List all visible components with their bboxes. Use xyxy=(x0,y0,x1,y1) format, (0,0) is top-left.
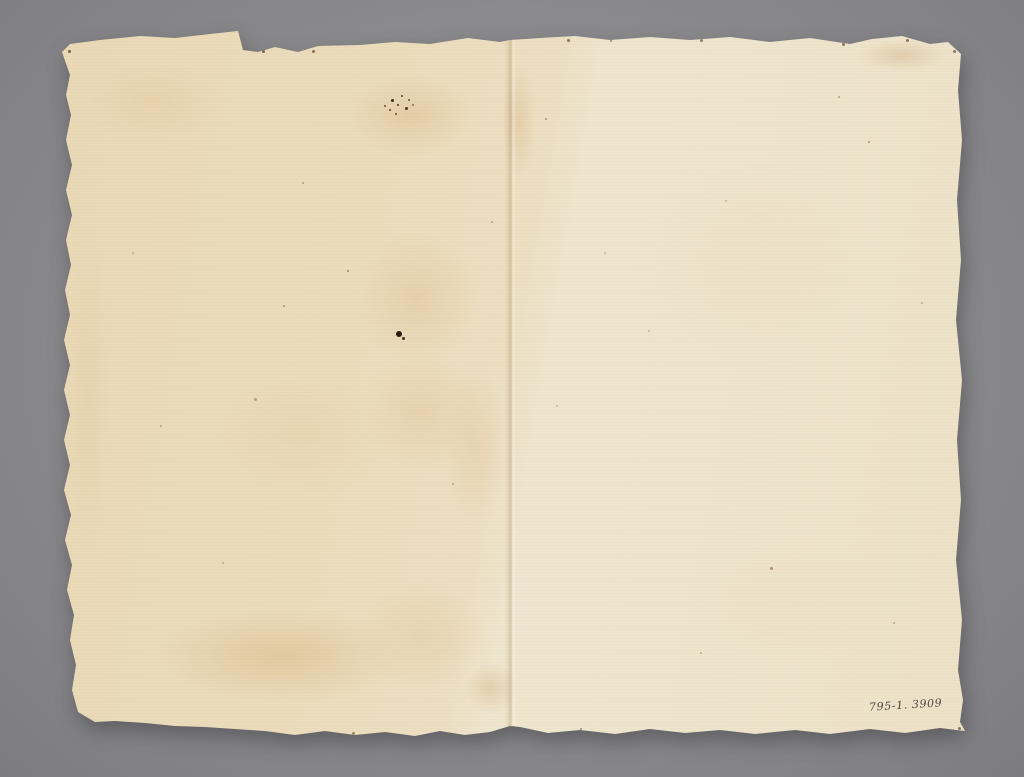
stain xyxy=(320,58,500,173)
ink-speck xyxy=(160,425,162,427)
ink-speck xyxy=(906,39,909,42)
ink-speck xyxy=(868,141,870,143)
ink-speck xyxy=(254,398,257,401)
ink-speck xyxy=(610,40,612,42)
ink-speck xyxy=(700,652,702,654)
ink-speck xyxy=(384,105,386,107)
stain xyxy=(430,330,520,560)
stain xyxy=(495,42,543,202)
stain xyxy=(340,330,505,495)
ink-speck xyxy=(247,44,251,48)
ink-speck xyxy=(580,728,582,730)
paper-sheet: 795-1. 3909 xyxy=(0,0,1024,777)
ink-speck xyxy=(397,104,399,106)
stain xyxy=(55,150,120,650)
ink-speck xyxy=(405,107,408,110)
ink-speck xyxy=(491,221,493,223)
ink-speck xyxy=(604,252,606,254)
ink-speck xyxy=(408,99,410,101)
ink-speck xyxy=(921,302,923,304)
ink-speck xyxy=(958,727,961,730)
ink-speck xyxy=(396,331,402,337)
stain xyxy=(330,558,515,713)
ink-speck xyxy=(283,305,285,307)
ink-speck xyxy=(842,43,845,46)
photo-background: 795-1. 3909 xyxy=(0,0,1024,777)
ink-speck xyxy=(512,726,515,729)
stain xyxy=(330,205,505,390)
stain xyxy=(650,518,915,683)
ink-speck xyxy=(725,200,727,202)
center-fold-line xyxy=(504,0,518,777)
ink-speck xyxy=(132,252,134,254)
ink-speck xyxy=(452,483,454,485)
ink-speck xyxy=(953,50,956,53)
edge-discoloration xyxy=(0,0,1024,777)
stain xyxy=(60,45,250,160)
ink-speck xyxy=(545,118,547,120)
ink-speck xyxy=(567,39,570,42)
ink-speck xyxy=(401,95,403,97)
ink-speck xyxy=(262,50,265,53)
ink-speck xyxy=(860,730,863,733)
ink-speck xyxy=(838,96,840,98)
ink-speck xyxy=(389,109,391,111)
ink-speck xyxy=(412,104,414,106)
inventory-number-inscription: 795-1. 3909 xyxy=(869,695,960,713)
stain xyxy=(455,652,527,724)
ink-speck xyxy=(352,732,355,735)
stain xyxy=(180,340,425,525)
ink-speck xyxy=(402,337,405,340)
ink-speck xyxy=(347,270,349,272)
ink-speck xyxy=(556,405,558,407)
ink-speck xyxy=(893,622,895,624)
ink-speck xyxy=(68,50,71,53)
stain xyxy=(110,588,455,723)
ink-speck xyxy=(395,113,397,115)
paper-surface: 795-1. 3909 xyxy=(0,0,1024,777)
ink-speck xyxy=(302,182,304,184)
ink-speck xyxy=(648,330,650,332)
stain xyxy=(840,33,965,78)
ink-speck xyxy=(770,567,773,570)
ink-speck xyxy=(700,39,703,42)
stain xyxy=(580,118,915,403)
ink-speck xyxy=(391,99,394,102)
ink-speck xyxy=(222,562,224,564)
ink-speck xyxy=(312,50,315,53)
